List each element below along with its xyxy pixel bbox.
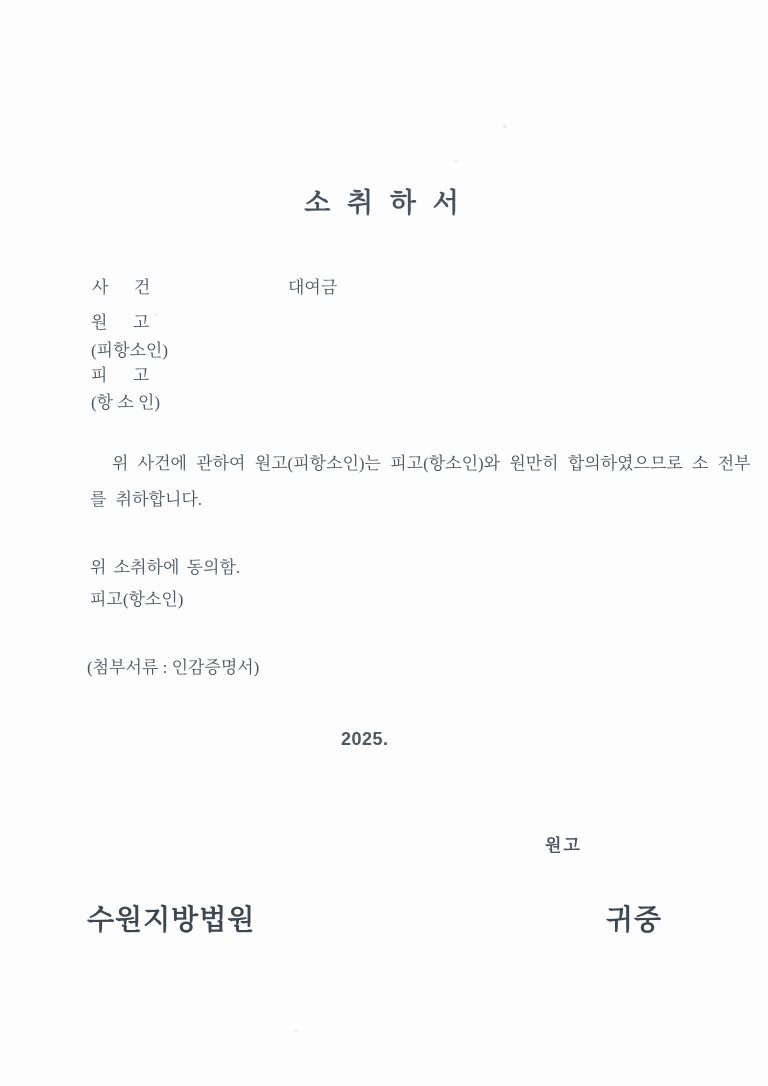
scan-speck — [503, 125, 506, 128]
document-title: 소 취 하 서 — [0, 181, 768, 220]
defendant-label: 피 고 — [91, 361, 149, 386]
body-text-line-1: 위 사건에 관하여 원고(피항소인)는 피고(항소인)와 원만히 합의하였으므로… — [112, 449, 751, 474]
appellee-label: (피항소인) — [91, 336, 168, 361]
attachment-note: (첨부서류 : 인감증명서) — [87, 653, 259, 678]
case-row: 사 건 대여금 — [92, 273, 592, 295]
case-label: 사 건 — [92, 273, 150, 298]
consent-statement: 위 소취하에 동의함. — [90, 553, 240, 578]
case-type-value: 대여금 — [288, 273, 337, 298]
court-name: 수원지방법원 — [87, 898, 255, 938]
scan-speck — [295, 1030, 297, 1032]
consent-party: 피고(항소인) — [90, 585, 183, 610]
document-date: 2025. — [341, 729, 389, 750]
appellant-label: (항 소 인) — [91, 388, 160, 413]
signature-party: 원고 — [545, 831, 582, 856]
legal-document-page: 소 취 하 서 사 건 대여금 원 고 (피항소인) 피 고 (항 소 인) 위… — [0, 0, 768, 1086]
plaintiff-label: 원 고 — [91, 308, 149, 333]
body-text-line-2: 를 취하합니다. — [90, 485, 202, 510]
honorific-label: 귀중 — [606, 898, 662, 938]
scan-speck — [455, 160, 457, 162]
addressee-row: 수원지방법원 귀중 — [87, 898, 662, 938]
scan-speck — [155, 314, 157, 316]
